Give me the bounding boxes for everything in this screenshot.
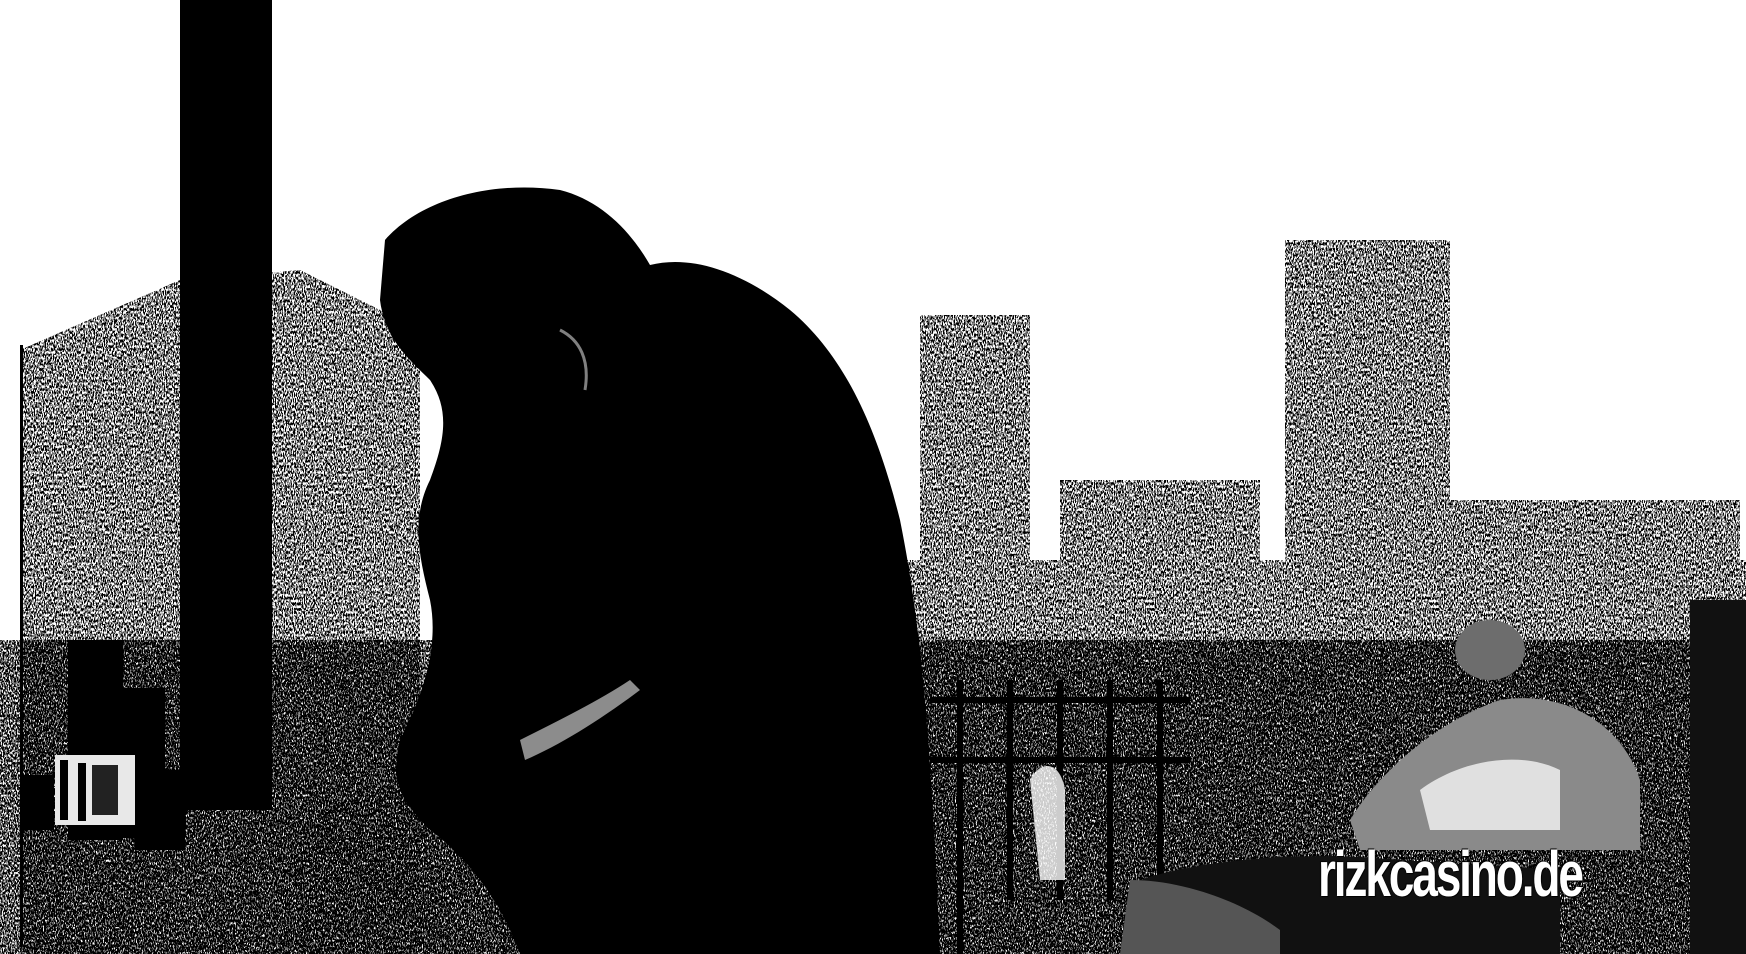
halftone-photo	[0, 0, 1746, 954]
pillar	[180, 0, 272, 810]
frame-line	[20, 345, 23, 945]
watermark-text: rizkcasino.de	[1318, 842, 1582, 906]
photo-frame: rizkcasino.de	[0, 0, 1746, 954]
